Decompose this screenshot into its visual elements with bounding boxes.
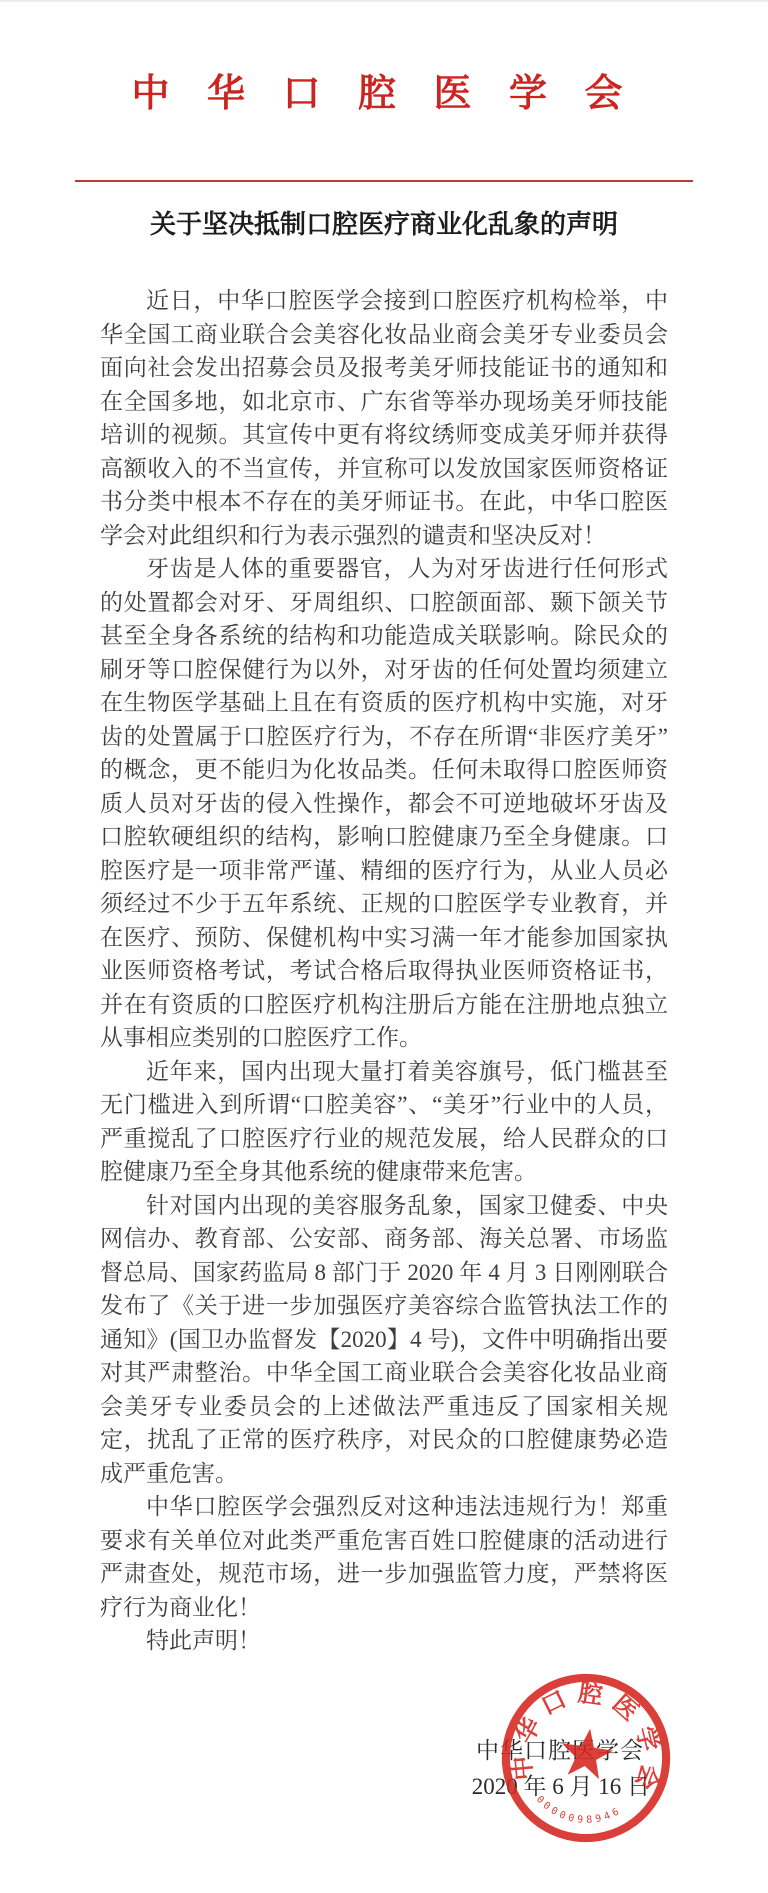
header-divider [75,180,693,182]
paragraph-1: 近日，中华口腔医学会接到口腔医疗机构检举，中华全国工商业联合会美容化妆品业商会美… [100,284,668,552]
paragraph-3: 近年来，国内出现大量打着美容旗号，低门槛甚至无门槛进入到所谓“口腔美容”、“美牙… [100,1055,668,1189]
signature-area: 中华口腔医学会 2020 年 6 月 16 日 中华口腔医学会 00000989… [100,1658,668,1893]
seal-star-icon [558,1725,616,1781]
paragraph-2: 牙齿是人体的重要器官，人为对牙齿进行任何形式的处置都会对牙、牙周组织、口腔颌面部… [100,552,668,1055]
paragraph-5: 中华口腔医学会强烈反对这种违法违规行为！郑重要求有关单位对此类严重危害百姓口腔健… [100,1490,668,1624]
document-body: 近日，中华口腔医学会接到口腔医疗机构检举，中华全国工商业联合会美容化妆品业商会美… [100,284,668,1658]
document-page: 中 华 口 腔 医 学 会 关于坚决抵制口腔医疗商业化乱象的声明 近日，中华口腔… [0,0,768,1893]
organization-title: 中 华 口 腔 医 学 会 [100,68,668,120]
paragraph-4: 针对国内出现的美容服务乱象，国家卫健委、中央网信办、教育部、公安部、商务部、海关… [100,1189,668,1491]
document-title: 关于坚决抵制口腔医疗商业化乱象的声明 [100,208,668,242]
paragraph-closing: 特此声明！ [100,1624,668,1658]
official-seal: 中华口腔医学会 0000098946 [484,1656,687,1859]
